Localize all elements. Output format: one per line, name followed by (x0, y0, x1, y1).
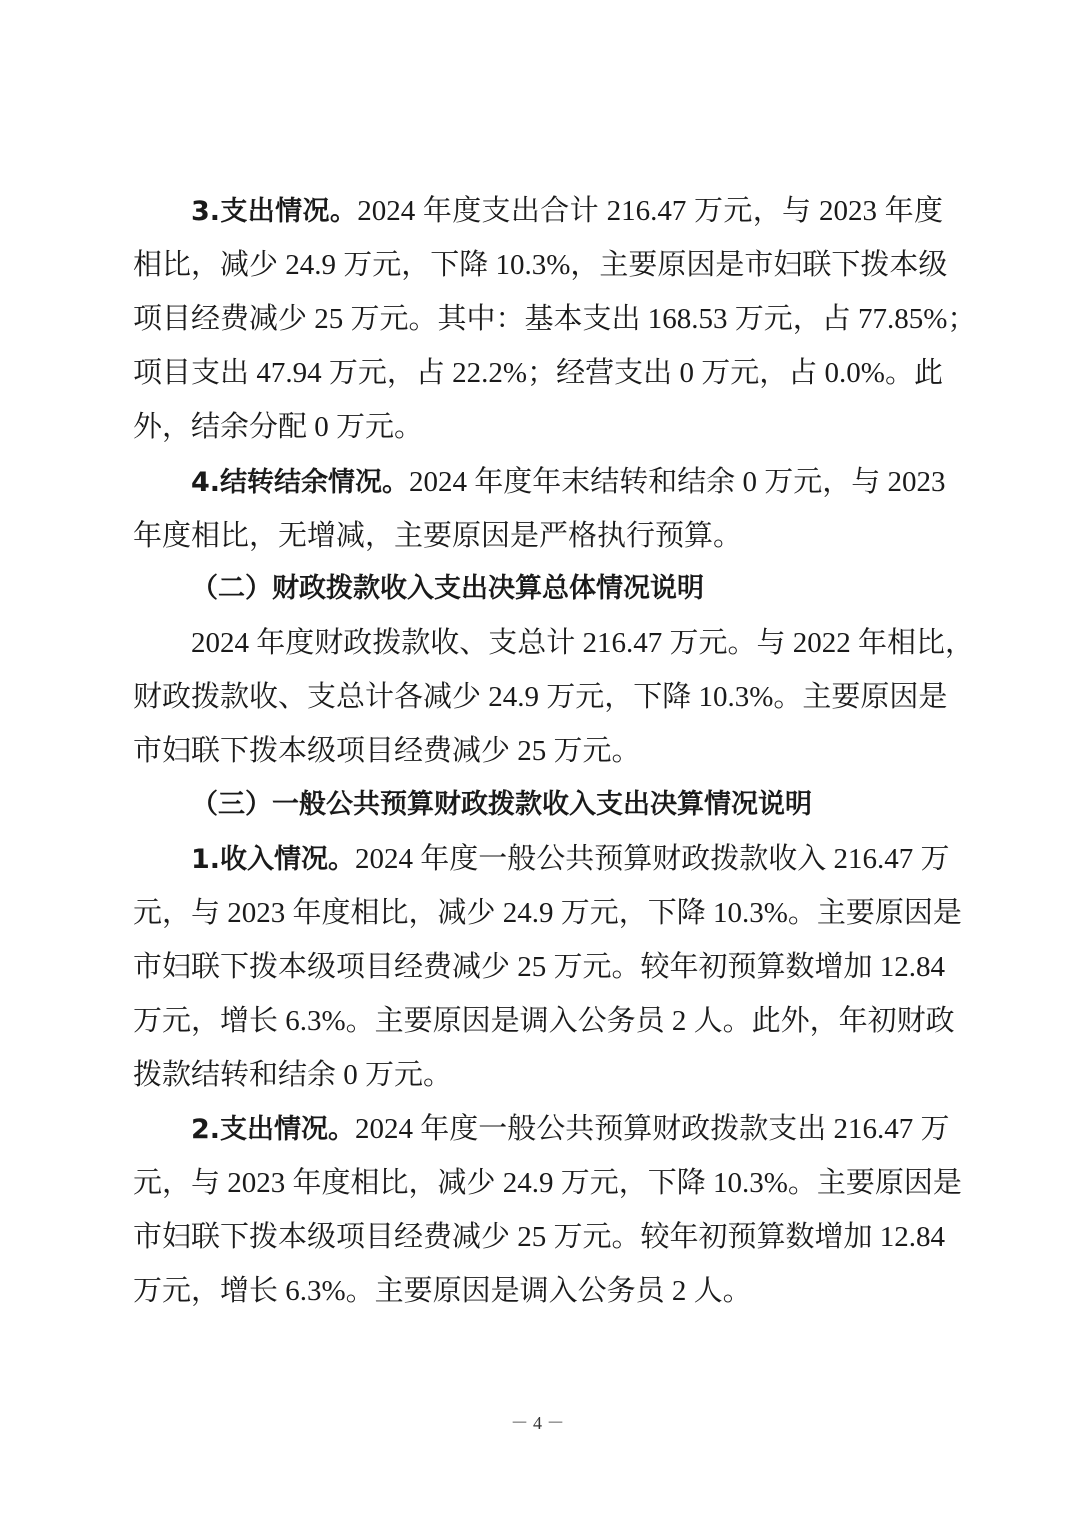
paragraph-income-line-4: 万元，增长 6.3%。主要原因是调入公务员 2 人。此外，年初财政 (133, 995, 943, 1047)
paragraph-expenditure-line-2: 元，与 2023 年度相比，减少 24.9 万元，下降 10.3%。主要原因是 (133, 1157, 943, 1209)
paragraph-carryover-line-1: 4.结转结余情况。2024 年度年末结转和结余 0 万元，与 2023 (133, 456, 943, 508)
paragraph-spending-line-1: 3.支出情况。2024 年度支出合计 216.47 万元，与 2023 年度 (133, 185, 943, 237)
paragraph-expenditure-line-3: 市妇联下拨本级项目经费减少 25 万元。较年初预算数增加 12.84 (133, 1211, 943, 1263)
paragraph-income-line-2: 元，与 2023 年度相比，减少 24.9 万元，下降 10.3%。主要原因是 (133, 887, 943, 939)
paragraph-spending-line-5: 外，结余分配 0 万元。 (133, 401, 943, 453)
paragraph-lead: 1.收入情况。 (191, 844, 355, 875)
paragraph-lead: 3.支出情况。 (191, 196, 357, 227)
paragraph-fiscal-total-line-1: 2024 年度财政拨款收、支总计 216.47 万元。与 2022 年相比， (133, 617, 943, 669)
paragraph-fiscal-total-line-3: 市妇联下拨本级项目经费减少 25 万元。 (133, 725, 943, 777)
page-number: － 4 － (0, 1409, 1075, 1435)
paragraph-spending-line-2: 相比，减少 24.9 万元，下降 10.3%，主要原因是市妇联下拨本级 (133, 239, 943, 291)
paragraph-spending-line-3: 项目经费减少 25 万元。其中：基本支出 168.53 万元，占 77.85%； (133, 293, 943, 345)
paragraph-lead: 2.支出情况。 (191, 1114, 355, 1145)
section-heading-2: （二）财政拨款收入支出决算总体情况说明 (133, 563, 943, 615)
paragraph-spending-line-4: 项目支出 47.94 万元，占 22.2%；经营支出 0 万元，占 0.0%。此 (133, 347, 943, 399)
paragraph-income-line-5: 拨款结转和结余 0 万元。 (133, 1049, 943, 1101)
paragraph-fiscal-total-line-2: 财政拨款收、支总计各减少 24.9 万元，下降 10.3%。主要原因是 (133, 671, 943, 723)
paragraph-lead: 4.结转结余情况。 (191, 467, 409, 498)
paragraph-income-line-1: 1.收入情况。2024 年度一般公共预算财政拨款收入 216.47 万 (133, 833, 943, 885)
paragraph-expenditure-line-1: 2.支出情况。2024 年度一般公共预算财政拨款支出 216.47 万 (133, 1103, 943, 1155)
paragraph-income-line-3: 市妇联下拨本级项目经费减少 25 万元。较年初预算数增加 12.84 (133, 941, 943, 993)
paragraph-expenditure-line-4: 万元，增长 6.3%。主要原因是调入公务员 2 人。 (133, 1265, 943, 1317)
section-heading-3: （三）一般公共预算财政拨款收入支出决算情况说明 (133, 779, 943, 831)
paragraph-carryover-line-2: 年度相比，无增减，主要原因是严格执行预算。 (133, 510, 943, 562)
